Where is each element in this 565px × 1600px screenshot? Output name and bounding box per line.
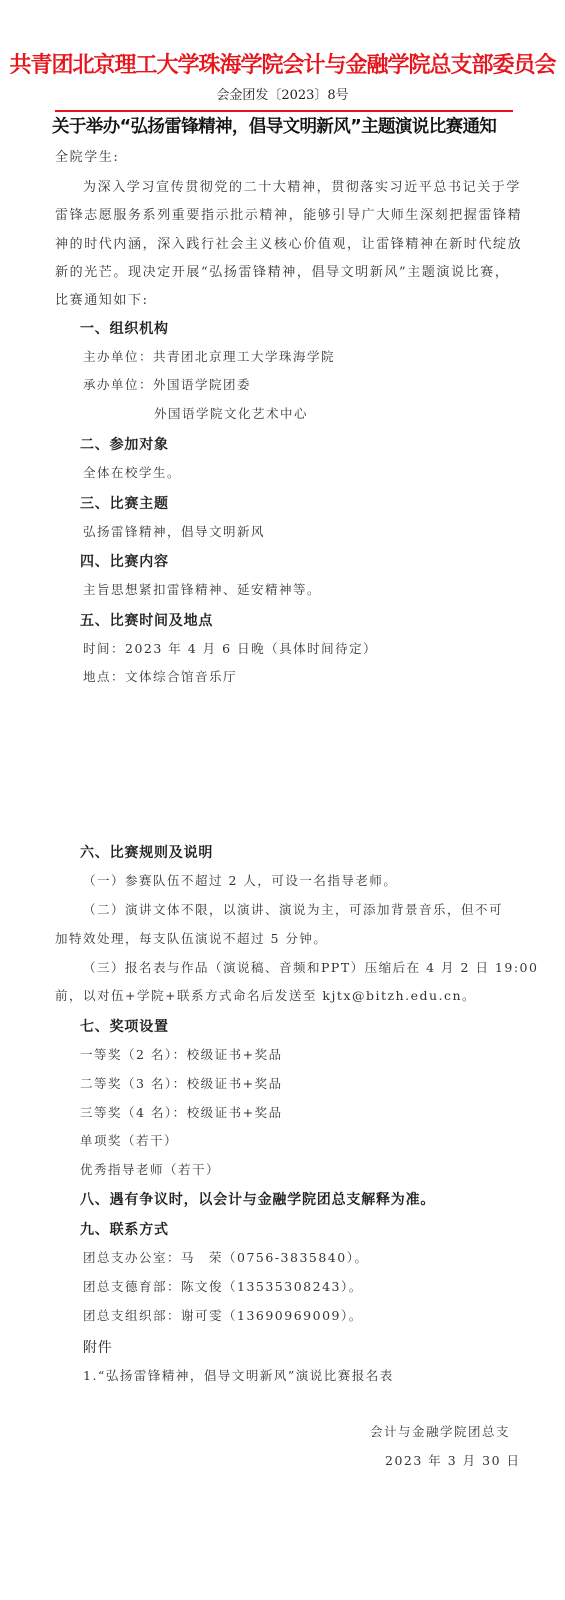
section-heading: 三、比赛主题 bbox=[80, 497, 169, 511]
intro-line: 为深入学习宣传贯彻党的二十大精神，贯彻落实习近平总书记关于学 bbox=[83, 181, 521, 194]
document-number: 会金团发〔2023〕8号 bbox=[0, 89, 565, 102]
rule-2: （二）演讲文体不限，以演讲、演说为主，可添加背景音乐，但不可 bbox=[83, 904, 503, 917]
attachment-item: 1.“弘扬雷锋精神，倡导文明新风”演说比赛报名表 bbox=[83, 1370, 394, 1383]
red-divider bbox=[55, 110, 513, 112]
rule-2-cont: 加特效处理，每支队伍演说不超过 5 分钟。 bbox=[55, 933, 327, 946]
attachment-heading: 附件 bbox=[83, 1341, 113, 1355]
organizer-unit: 承办单位：外国语学院团委 bbox=[83, 379, 251, 392]
host-unit: 主办单位：共青团北京理工大学珠海学院 bbox=[83, 351, 335, 364]
contact-item: 团总支组织部：谢可雯（13690969009）。 bbox=[83, 1310, 363, 1323]
rule-3-cont: 前，以对伍+学院+联系方式命名后发送至 kjtx@bitzh.edu.cn。 bbox=[55, 990, 476, 1003]
prize-item: 二等奖（3 名）：校级证书+奖品 bbox=[80, 1078, 283, 1091]
rule-3: （三）报名表与作品（演说稿、音频和PPT）压缩后在 4 月 2 日 19:00 bbox=[83, 962, 538, 975]
notice-headline: 关于举办“弘扬雷锋精神，倡导文明新风”主题演说比赛通知 bbox=[52, 119, 496, 137]
org-red-title: 共青团北京理工大学珠海学院会计与金融学院总支部委员会 bbox=[0, 55, 565, 77]
prize-item: 三等奖（4 名）：校级证书+奖品 bbox=[80, 1107, 283, 1120]
event-time: 时间：2023 年 4 月 6 日晚（具体时间待定） bbox=[83, 643, 377, 656]
contact-item: 团总支办公室：马 荣（0756-3835840）。 bbox=[83, 1252, 368, 1265]
section-text: 主旨思想紧扣雷锋精神、延安精神等。 bbox=[83, 584, 321, 597]
section-heading: 七、奖项设置 bbox=[80, 1020, 169, 1034]
prize-item: 单项奖（若干） bbox=[80, 1135, 178, 1148]
section-heading: 五、比赛时间及地点 bbox=[80, 614, 213, 628]
intro-line: 比赛通知如下: bbox=[55, 294, 149, 307]
prize-item: 一等奖（2 名）：校级证书+奖品 bbox=[80, 1049, 283, 1062]
section-heading: 九、联系方式 bbox=[80, 1223, 169, 1237]
signature-date: 2023 年 3 月 30 日 bbox=[385, 1455, 521, 1468]
prize-item: 优秀指导老师（若干） bbox=[80, 1164, 220, 1177]
intro-line: 雷锋志愿服务系列重要指示批示精神，能够引导广大师生深刻把握雷锋精 bbox=[55, 209, 522, 222]
section-heading: 一、组织机构 bbox=[80, 322, 169, 336]
section-heading: 六、比赛规则及说明 bbox=[80, 846, 213, 860]
section-heading: 八、遇有争议时，以会计与金融学院团总支解释为准。 bbox=[80, 1193, 435, 1207]
event-place: 地点：文体综合馆音乐厅 bbox=[83, 671, 237, 684]
signature-org: 会计与金融学院团总支 bbox=[370, 1426, 510, 1439]
section-text: 弘扬雷锋精神，倡导文明新风 bbox=[83, 526, 265, 539]
contact-item: 团总支德育部：陈文俊（13535308243）。 bbox=[83, 1281, 363, 1294]
section-heading: 二、参加对象 bbox=[80, 438, 169, 452]
intro-line: 神的时代内涵，深入践行社会主义核心价值观，让雷锋精神在新时代绽放 bbox=[55, 238, 522, 251]
rule-1: （一）参赛队伍不超过 2 人，可设一名指导老师。 bbox=[83, 875, 397, 888]
section-text: 全体在校学生。 bbox=[83, 467, 181, 480]
section-heading: 四、比赛内容 bbox=[80, 555, 169, 569]
organizer-unit-2: 外国语学院文化艺术中心 bbox=[154, 408, 308, 421]
intro-line: 新的光芒。现决定开展“弘扬雷锋精神，倡导文明新风”主题演说比赛， bbox=[55, 266, 510, 279]
greeting: 全院学生: bbox=[55, 151, 119, 164]
